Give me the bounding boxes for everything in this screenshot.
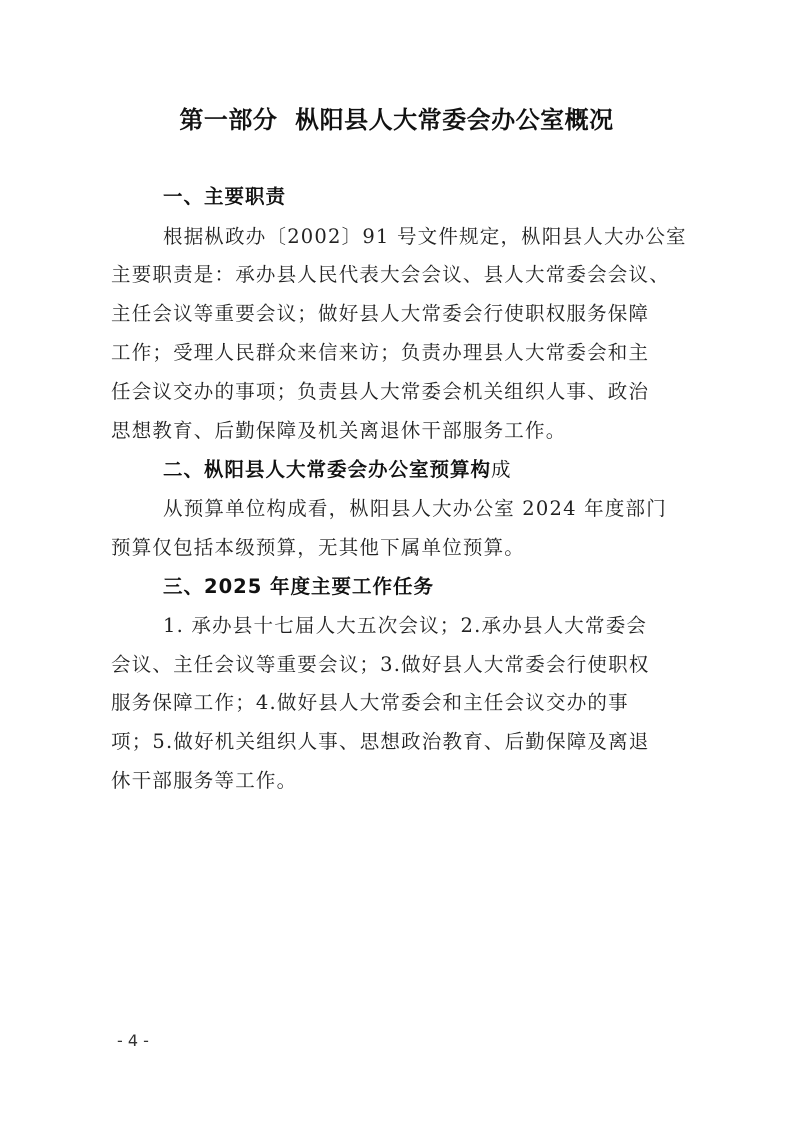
paragraph-line: 工作；受理人民群众来信来访；负责办理县人大常委会和主: [111, 341, 649, 365]
paragraph-line: 思想教育、后勤保障及机关离退休干部服务工作。: [111, 419, 566, 443]
paragraph-line: 预算仅包括本级预算，无其他下属单位预算。: [111, 536, 525, 560]
paragraph-line: 休干部服务等工作。: [111, 769, 297, 793]
page-title: 第一部分 枞阳县人大常委会办公室概况: [0, 100, 793, 135]
paragraph-line: 根据枞政办〔2002〕91 号文件规定，枞阳县人大办公室: [163, 225, 687, 249]
paragraph-line: 会议、主任会议等重要会议；3.做好县人大常委会行使职权: [111, 653, 650, 677]
section-heading-1: 一、主要职责: [163, 185, 286, 209]
page-number: - 4 -: [117, 1031, 149, 1050]
document-page: 第一部分 枞阳县人大常委会办公室概况 一、主要职责 根据枞政办〔2002〕91 …: [0, 0, 793, 1122]
paragraph-line: 项；5.做好机关组织人事、思想政治教育、后勤保障及离退: [111, 730, 650, 754]
section-heading-2: 二、枞阳县人大常委会办公室预算构成: [163, 458, 512, 482]
paragraph-line: 主要职责是：承办县人民代表大会会议、县人大常委会会议、: [111, 263, 670, 287]
section-heading-2-text: 二、枞阳县人大常委会办公室预算构: [163, 458, 491, 481]
section-heading-2-tail: 成: [491, 458, 512, 481]
paragraph-line: 1. 承办县十七届人大五次会议；2.承办县人大常委会: [163, 614, 647, 638]
section-heading-3: 三、2025 年度主要工作任务: [163, 575, 434, 599]
paragraph-line: 主任会议等重要会议；做好县人大常委会行使职权服务保障: [111, 302, 649, 326]
paragraph-line: 服务保障工作；4.做好县人大常委会和主任会议交办的事: [111, 691, 629, 715]
paragraph-line: 任会议交办的事项；负责县人大常委会机关组织人事、政治: [111, 380, 649, 404]
paragraph-line: 从预算单位构成看，枞阳县人大办公室 2024 年度部门: [163, 497, 667, 521]
